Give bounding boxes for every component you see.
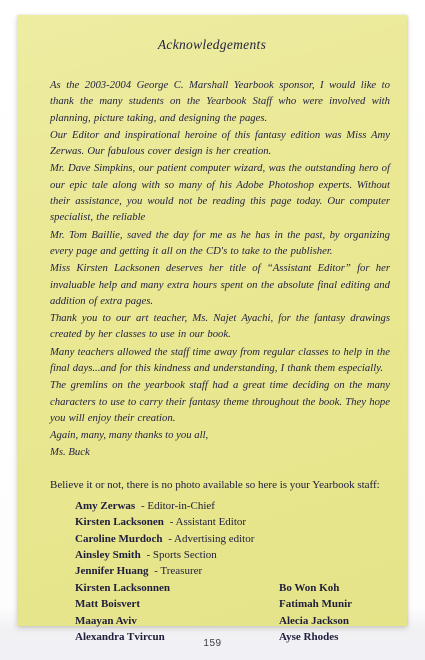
body-paragraph: Many teachers allowed the staff time awa…: [50, 344, 390, 377]
closing-line: Again, many, many thanks to you all,: [50, 427, 390, 443]
paper-sheet: Acknowledgements As the 2003-2004 George…: [17, 15, 407, 626]
staff-role: - Treasurer: [154, 565, 202, 577]
staff-role: - Advertising editor: [168, 533, 254, 545]
page-content: As the 2003-2004 George C. Marshall Year…: [50, 77, 390, 645]
staff-row: Maayan Aviv Alecia Jackson: [75, 613, 390, 629]
page-title: Acknowledgements: [17, 15, 407, 53]
body-paragraph: Mr. Tom Baillie, saved the day for me as…: [50, 227, 390, 260]
body-paragraph: Mr. Dave Simpkins, our patient computer …: [50, 160, 390, 225]
staff-name: Kirsten Lacksonen: [75, 516, 164, 528]
staff-role: - Editor-in-Chief: [141, 500, 215, 512]
staff-row: Jennifer Huang - Treasurer: [75, 563, 390, 579]
signature: Ms. Buck: [50, 444, 390, 460]
staff-row: Kirsten Lacksonen - Assistant Editor: [75, 514, 390, 530]
staff-name: Ainsley Smith: [75, 549, 141, 561]
staff-two-column-list: Kirsten Lacksonnen Bo Won Koh Matt Boisv…: [75, 580, 390, 646]
page-number: 159: [0, 638, 425, 649]
body-paragraph: The gremlins on the yearbook staff had a…: [50, 377, 390, 426]
staff-name: Maayan Aviv: [75, 613, 279, 629]
staff-name: Caroline Murdoch: [75, 533, 163, 545]
body-paragraph: Our Editor and inspirational heroine of …: [50, 127, 390, 160]
staff-row: Caroline Murdoch - Advertising editor: [75, 531, 390, 547]
staff-row: Kirsten Lacksonnen Bo Won Koh: [75, 580, 390, 596]
staff-row: Amy Zerwas - Editor-in-Chief: [75, 498, 390, 514]
body-paragraph: As the 2003-2004 George C. Marshall Year…: [50, 77, 390, 126]
body-paragraph: Miss Kirsten Lacksonen deserves her titl…: [50, 260, 390, 309]
body-paragraph: Thank you to our art teacher, Ms. Najet …: [50, 310, 390, 343]
staff-name: Jennifer Huang: [75, 565, 148, 577]
staff-name: Fatimah Munir: [279, 596, 390, 612]
staff-name: Amy Zerwas: [75, 500, 135, 512]
staff-row: Matt Boisvert Fatimah Munir: [75, 596, 390, 612]
staff-role: - Assistant Editor: [170, 516, 246, 528]
staff-name: Alecia Jackson: [279, 613, 390, 629]
scanned-yearbook-page: { "document": { "title": "Acknowledgemen…: [0, 0, 425, 660]
staff-name: Bo Won Koh: [279, 580, 390, 596]
staff-role: - Sports Section: [146, 549, 216, 561]
staff-name: Matt Boisvert: [75, 596, 279, 612]
staff-name: Kirsten Lacksonnen: [75, 580, 279, 596]
staff-row: Ainsley Smith - Sports Section: [75, 547, 390, 563]
staff-list: Amy Zerwas - Editor-in-Chief Kirsten Lac…: [75, 498, 390, 646]
staff-intro: Believe it or not, there is no photo ava…: [50, 477, 390, 493]
